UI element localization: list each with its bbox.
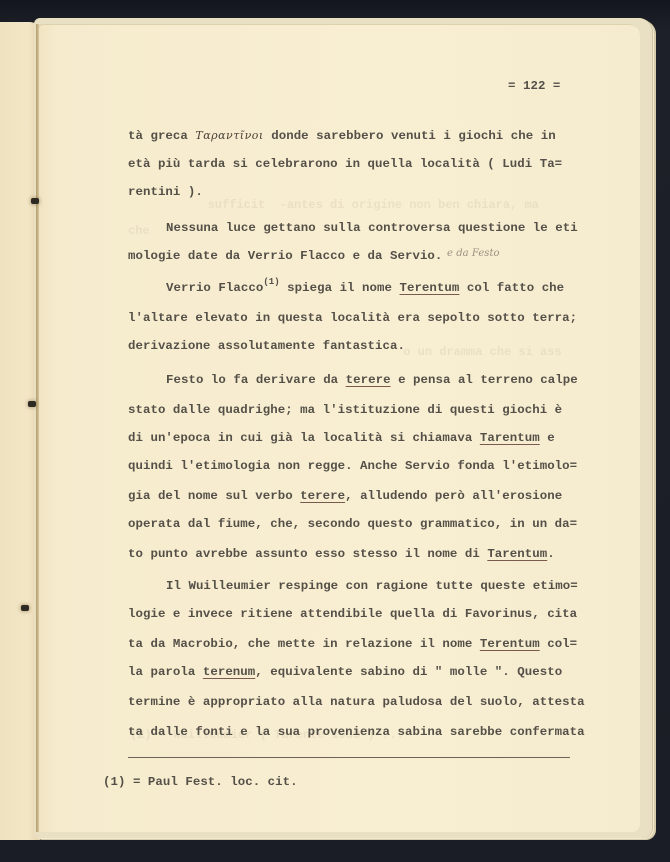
text-segment: Verrio Flacco: [166, 281, 263, 295]
text-segment: donde sarebbero venuti i giochi che in: [264, 129, 556, 143]
text-line: ta dalle fonti e la sua provenienza sabi…: [128, 725, 585, 739]
text-line: gia del nome sul verbo terere, alludendo…: [128, 489, 562, 503]
text-segment: ta da Macrobio, che mette in relazione i…: [128, 637, 480, 651]
text-segment: quindi l'etimologia non regge. Anche Ser…: [128, 459, 577, 473]
text-line: stato dalle quadrighe; ma l'istituzione …: [128, 403, 562, 417]
text-line: mologie date da Verrio Flacco e da Servi…: [128, 249, 442, 263]
text-line: quindi l'etimologia non regge. Anche Ser…: [128, 459, 577, 473]
text-segment: età più tarda si celebrarono in quella l…: [128, 157, 562, 171]
footnote: (1) = Paul Fest. loc. cit.: [103, 775, 298, 789]
text-segment: termine è appropriato alla natura paludo…: [128, 695, 585, 709]
text-line: ta da Macrobio, che mette in relazione i…: [128, 637, 577, 651]
text-segment: l'altare elevato in questa località era …: [128, 311, 577, 325]
text-segment: tà greca: [128, 129, 195, 143]
text-line: di un'epoca in cui già la località si ch…: [128, 431, 555, 445]
text-line: operata dal fiume, che, secondo questo g…: [128, 517, 577, 531]
text-segment: col fatto che: [459, 281, 564, 295]
text-line: la parola terenum, equivalente sabino di…: [128, 665, 562, 679]
underlined-term: Tarentum: [487, 547, 547, 561]
footnote-ref: (1): [263, 277, 279, 287]
handwritten-annotation: e da Festo: [447, 248, 500, 259]
text-segment: Festo lo fa derivare da: [166, 373, 346, 387]
underlined-term: Terentum: [399, 281, 459, 295]
text-segment: Il Wuilleumier respinge con ragione tutt…: [166, 579, 578, 593]
footnote-separator: [128, 757, 570, 758]
text-segment: ta dalle fonti e la sua provenienza sabi…: [128, 725, 585, 739]
text-line: Verrio Flacco(1) spiega il nome Terentum…: [166, 277, 564, 295]
text-line: Nessuna luce gettano sulla controversa q…: [166, 221, 578, 235]
text-segment: spiega il nome: [280, 281, 400, 295]
underlined-term: terere: [346, 373, 391, 387]
text-line: l'altare elevato in questa località era …: [128, 311, 577, 325]
text-segment: mologie date da Verrio Flacco e da Servi…: [128, 249, 442, 263]
text-segment: la parola: [128, 665, 203, 679]
underlined-term: Terentum: [480, 637, 540, 651]
text-segment: , alludendo però all'erosione: [345, 489, 562, 503]
text-segment: operata dal fiume, che, secondo questo g…: [128, 517, 577, 531]
text-segment: gia del nome sul verbo: [128, 489, 300, 503]
text-line: tà greca Ταραντῖνοι donde sarebbero venu…: [128, 129, 556, 143]
underlined-term: terere: [300, 489, 345, 503]
underlined-term: Tarentum: [480, 431, 540, 445]
handwritten-greek: Ταραντῖνοι: [195, 129, 263, 142]
text-segment: e: [540, 431, 555, 445]
page-text: = 122 = tà greca Ταραντῖνοι donde sarebb…: [0, 0, 670, 862]
text-segment: col=: [540, 637, 577, 651]
text-segment: , equivalente sabino di " molle ". Quest…: [255, 665, 562, 679]
text-line: logie e invece ritiene attendibile quell…: [128, 607, 577, 621]
text-segment: logie e invece ritiene attendibile quell…: [128, 607, 577, 621]
text-line: derivazione assolutamente fantastica.: [128, 339, 405, 353]
text-line: Festo lo fa derivare da terere e pensa a…: [166, 373, 578, 387]
page-number: = 122 =: [508, 79, 560, 93]
text-segment: di un'epoca in cui già la località si ch…: [128, 431, 480, 445]
text-segment: e pensa al terreno calpe: [391, 373, 578, 387]
text-line: Il Wuilleumier respinge con ragione tutt…: [166, 579, 578, 593]
text-line: to punto avrebbe assunto esso stesso il …: [128, 547, 555, 561]
text-line: rentini ).: [128, 185, 203, 199]
text-segment: derivazione assolutamente fantastica.: [128, 339, 405, 353]
text-segment: rentini ).: [128, 185, 203, 199]
text-segment: .: [547, 547, 555, 561]
text-segment: stato dalle quadrighe; ma l'istituzione …: [128, 403, 562, 417]
text-line: età più tarda si celebrarono in quella l…: [128, 157, 562, 171]
underlined-term: terenum: [203, 665, 255, 679]
text-segment: Nessuna luce gettano sulla controversa q…: [166, 221, 578, 235]
text-segment: to punto avrebbe assunto esso stesso il …: [128, 547, 487, 561]
text-line: termine è appropriato alla natura paludo…: [128, 695, 585, 709]
